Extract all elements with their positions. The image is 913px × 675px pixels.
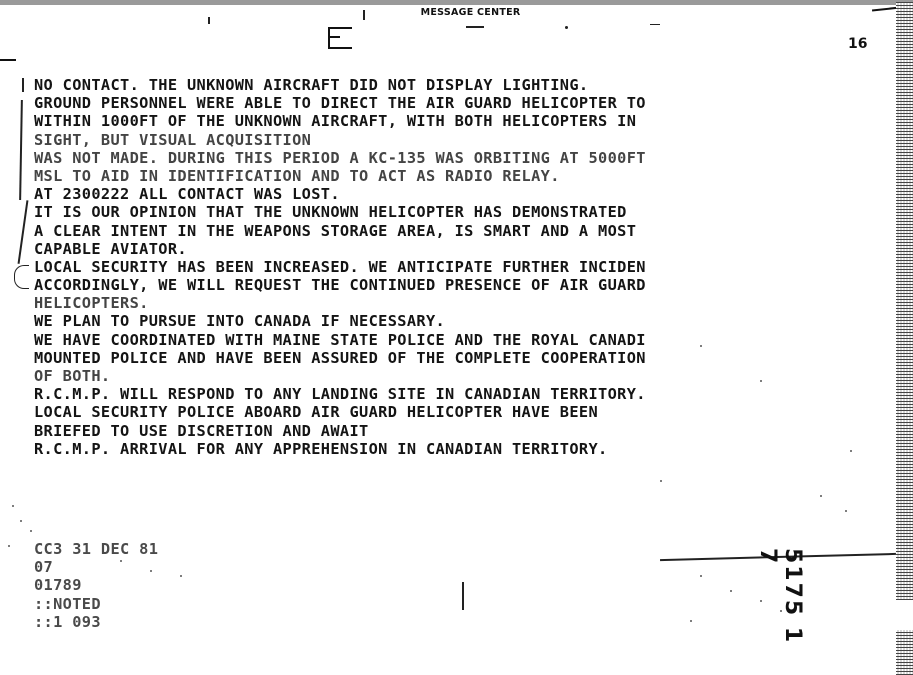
scan-tick-mark xyxy=(462,582,464,610)
scan-tick-mark xyxy=(208,17,210,24)
message-line: R.C.M.P. WILL RESPOND TO ANY LANDING SIT… xyxy=(34,385,646,403)
scan-dash-mark xyxy=(650,24,660,25)
message-line: GROUND PERSONNEL WERE ABLE TO DIRECT THE… xyxy=(34,94,646,112)
scan-top-border xyxy=(0,0,913,5)
message-line: BRIEFED TO USE DISCRETION AND AWAIT xyxy=(34,422,646,440)
message-line: AT 2300222 ALL CONTACT WAS LOST. xyxy=(34,185,646,203)
scan-tick-mark xyxy=(363,10,365,20)
margin-vertical-line xyxy=(18,200,28,264)
margin-vertical-line xyxy=(22,78,24,92)
handwritten-margin-note: 5175 1 7 xyxy=(755,548,805,656)
message-line: WE PLAN TO PURSUE INTO CANADA IF NECESSA… xyxy=(34,312,646,330)
message-line: HELICOPTERS. xyxy=(34,294,646,312)
message-line: IT IS OUR OPINION THAT THE UNKNOWN HELIC… xyxy=(34,203,646,221)
trailer-line: CC3 31 DEC 81 xyxy=(34,540,158,558)
message-line: OF BOTH. xyxy=(34,367,646,385)
message-trailer: CC3 31 DEC 81 07 01789 ::NOTED ::1 093 xyxy=(34,540,158,631)
message-line: R.C.M.P. ARRIVAL FOR ANY APPREHENSION IN… xyxy=(34,440,646,458)
margin-dash-mark xyxy=(0,59,16,61)
message-line: ACCORDINGLY, WE WILL REQUEST THE CONTINU… xyxy=(34,276,646,294)
message-center-heading: MESSAGE CENTER xyxy=(421,7,521,18)
message-body: NO CONTACT. THE UNKNOWN AIRCRAFT DID NOT… xyxy=(34,76,646,458)
message-line: WE HAVE COORDINATED WITH MAINE STATE POL… xyxy=(34,331,646,349)
message-line: NO CONTACT. THE UNKNOWN AIRCRAFT DID NOT… xyxy=(34,76,646,94)
trailer-line: ::NOTED xyxy=(34,595,158,613)
message-line: LOCAL SECURITY POLICE ABOARD AIR GUARD H… xyxy=(34,403,646,421)
message-line: CAPABLE AVIATOR. xyxy=(34,240,646,258)
perforated-edge-strip xyxy=(896,2,913,675)
page-number: 16 xyxy=(848,36,867,52)
message-line: WAS NOT MADE. DURING THIS PERIOD A KC-13… xyxy=(34,149,646,167)
message-line: LOCAL SECURITY HAS BEEN INCREASED. WE AN… xyxy=(34,258,646,276)
message-line: A CLEAR INTENT IN THE WEAPONS STORAGE AR… xyxy=(34,222,646,240)
perforated-edge-gap xyxy=(896,600,913,630)
stamp-bracket-mark xyxy=(328,27,352,49)
trailer-line: 07 xyxy=(34,558,158,576)
trailer-line: ::1 093 xyxy=(34,613,158,631)
message-line: SIGHT, BUT VISUAL ACQUISITION xyxy=(34,131,646,149)
message-line: MOUNTED POLICE AND HAVE BEEN ASSURED OF … xyxy=(34,349,646,367)
message-line: WITHIN 1000FT OF THE UNKNOWN AIRCRAFT, W… xyxy=(34,112,646,130)
trailer-line: 01789 xyxy=(34,576,158,594)
margin-vertical-line xyxy=(19,100,22,200)
scan-dot-mark xyxy=(565,26,568,29)
scan-dash-mark xyxy=(466,26,484,28)
handwritten-bracket-mark xyxy=(14,265,29,289)
message-line: MSL TO AID IN IDENTIFICATION AND TO ACT … xyxy=(34,167,646,185)
